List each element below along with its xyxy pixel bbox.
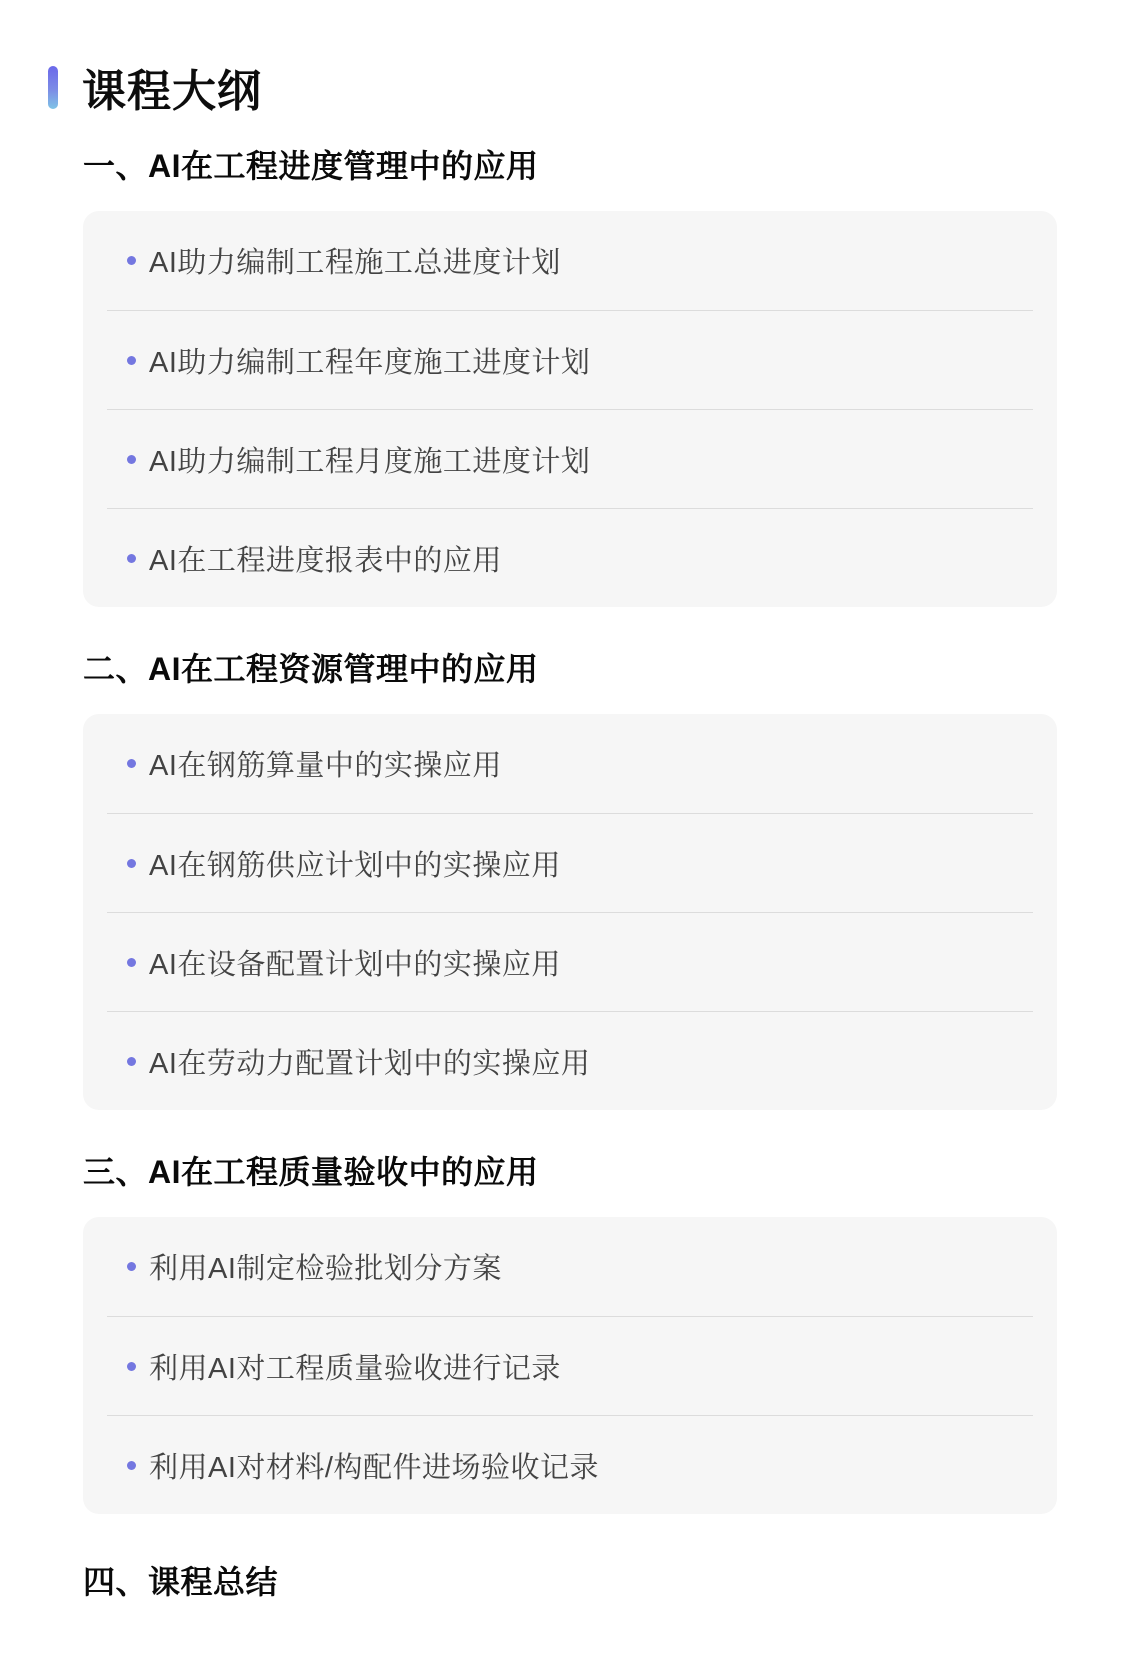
page-title-row: 课程大纲 (48, 64, 1140, 110)
section-heading-4: 四、课程总结 (83, 1562, 1057, 1602)
page-title: 课程大纲 (82, 55, 262, 119)
list-item[interactable]: 利用AI对工程质量验收进行记录 (107, 1316, 1033, 1415)
list-item-label: AI助力编制工程施工总进度计划 (149, 240, 561, 281)
list-item-label: AI在劳动力配置计划中的实操应用 (149, 1041, 590, 1082)
section-card-2: AI在钢筋算量中的实操应用 AI在钢筋供应计划中的实操应用 AI在设备配置计划中… (83, 714, 1057, 1110)
list-item[interactable]: AI助力编制工程年度施工进度计划 (107, 310, 1033, 409)
bullet-dot-icon (127, 256, 136, 265)
bullet-dot-icon (127, 1461, 136, 1470)
list-item[interactable]: AI助力编制工程月度施工进度计划 (107, 409, 1033, 508)
list-item-label: 利用AI对材料/构配件进场验收记录 (149, 1445, 599, 1486)
list-item[interactable]: AI在工程进度报表中的应用 (107, 508, 1033, 607)
list-item-label: AI在工程进度报表中的应用 (149, 538, 502, 579)
bullet-dot-icon (127, 356, 136, 365)
bullet-dot-icon (127, 1262, 136, 1271)
bullet-dot-icon (127, 958, 136, 967)
list-item[interactable]: AI助力编制工程施工总进度计划 (107, 211, 1033, 310)
list-item-label: AI助力编制工程年度施工进度计划 (149, 340, 590, 381)
list-item-label: AI在钢筋算量中的实操应用 (149, 743, 502, 784)
list-item[interactable]: 利用AI对材料/构配件进场验收记录 (107, 1415, 1033, 1514)
list-item-label: 利用AI制定检验批划分方案 (149, 1246, 502, 1287)
bullet-dot-icon (127, 554, 136, 563)
list-item-label: 利用AI对工程质量验收进行记录 (149, 1346, 561, 1387)
list-item[interactable]: AI在钢筋算量中的实操应用 (107, 714, 1033, 813)
section-card-1: AI助力编制工程施工总进度计划 AI助力编制工程年度施工进度计划 AI助力编制工… (83, 211, 1057, 607)
section-heading-1: 一、AI在工程进度管理中的应用 (83, 146, 1057, 186)
bullet-dot-icon (127, 759, 136, 768)
bullet-dot-icon (127, 1057, 136, 1066)
list-item[interactable]: 利用AI制定检验批划分方案 (107, 1217, 1033, 1316)
outline-content: 一、AI在工程进度管理中的应用 AI助力编制工程施工总进度计划 AI助力编制工程… (83, 146, 1057, 1602)
bullet-dot-icon (127, 859, 136, 868)
list-item-label: AI在设备配置计划中的实操应用 (149, 942, 561, 983)
list-item[interactable]: AI在设备配置计划中的实操应用 (107, 912, 1033, 1011)
title-accent-bar-icon (48, 66, 58, 109)
list-item[interactable]: AI在钢筋供应计划中的实操应用 (107, 813, 1033, 912)
section-card-3: 利用AI制定检验批划分方案 利用AI对工程质量验收进行记录 利用AI对材料/构配… (83, 1217, 1057, 1514)
list-item-label: AI助力编制工程月度施工进度计划 (149, 439, 590, 480)
course-outline-page: 课程大纲 一、AI在工程进度管理中的应用 AI助力编制工程施工总进度计划 AI助… (0, 0, 1140, 1602)
section-heading-3: 三、AI在工程质量验收中的应用 (83, 1152, 1057, 1192)
section-heading-2: 二、AI在工程资源管理中的应用 (83, 649, 1057, 689)
bullet-dot-icon (127, 455, 136, 464)
list-item[interactable]: AI在劳动力配置计划中的实操应用 (107, 1011, 1033, 1110)
bullet-dot-icon (127, 1362, 136, 1371)
list-item-label: AI在钢筋供应计划中的实操应用 (149, 843, 561, 884)
